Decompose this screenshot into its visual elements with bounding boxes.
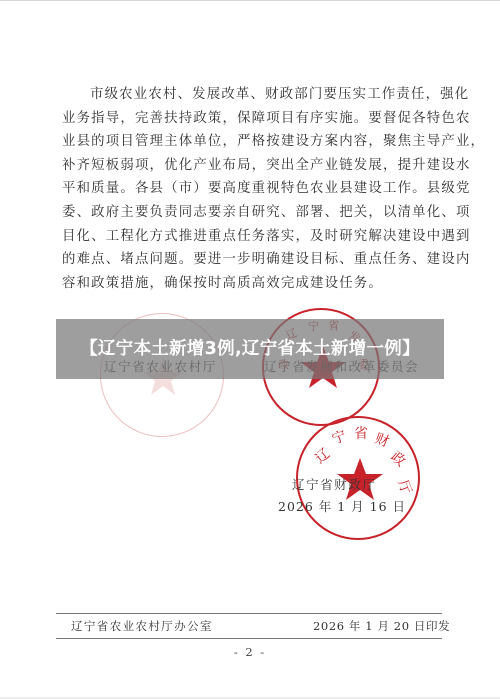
paragraph-line: 容和政策措施，确保按时高质高效完成建设任务。 bbox=[62, 272, 440, 296]
signature-date: 2026 年 1 月 16 日 bbox=[278, 497, 406, 515]
paragraph-line: 目化、工程化方式推进重点任务落实，及时研究解决建设中遇到 bbox=[62, 225, 440, 249]
svg-text:省: 省 bbox=[354, 425, 368, 442]
svg-text:宁: 宁 bbox=[330, 428, 349, 448]
footer-divider-top bbox=[56, 613, 442, 614]
document-page: 市级农业农村、发展改革、财政部门要压实工作责任，强化 业务指导，完善扶持政策，保… bbox=[0, 0, 500, 699]
paragraph-line: 市级农业农村、发展改革、财政部门要压实工作责任，强化 bbox=[62, 83, 440, 107]
footer-print-date: 2026 年 1 月 20 日印发 bbox=[313, 618, 450, 634]
paragraph-line: 业县的项目管理主体单位，严格按建设方案内容，聚焦主导产业， bbox=[62, 130, 440, 154]
svg-text:财: 财 bbox=[373, 430, 392, 451]
signature-finance-dept: 辽宁省财政厅 bbox=[292, 475, 377, 493]
paragraph-line: 业务指导，完善扶持政策，保障项目有序实施。要督促各特色农 bbox=[62, 107, 440, 131]
paragraph-line: 平和质量。各县（市）要高度重视特色农业县建设工作。县级党 bbox=[62, 177, 440, 201]
footer-issuer: 辽宁省农业农村厅办公室 bbox=[71, 618, 213, 634]
svg-text:政: 政 bbox=[387, 449, 408, 470]
headline-overlay-banner[interactable]: 【辽宁本土新增3例,辽宁省本土新增一例】 bbox=[56, 319, 444, 379]
svg-text:辽: 辽 bbox=[312, 446, 333, 467]
paragraph-line: 的难点、堵点问题。要进一步明确建设目标、重点任务、建设内 bbox=[62, 248, 440, 272]
svg-text:厅: 厅 bbox=[394, 478, 414, 497]
headline-text: 【辽宁本土新增3例,辽宁省本土新增一例】 bbox=[80, 338, 420, 360]
footer-divider-bottom bbox=[56, 638, 442, 639]
document-body: 市级农业农村、发展改革、财政部门要压实工作责任，强化 业务指导，完善扶持政策，保… bbox=[62, 83, 440, 295]
paragraph-line: 补齐短板弱项，优化产业布局，突出全产业链发展，提升建设水 bbox=[62, 154, 440, 178]
paragraph-line: 委、政府主要负责同志要亲自研究、部署、把关，以清单化、项 bbox=[62, 201, 440, 225]
page-number: - 2 - bbox=[0, 645, 500, 659]
